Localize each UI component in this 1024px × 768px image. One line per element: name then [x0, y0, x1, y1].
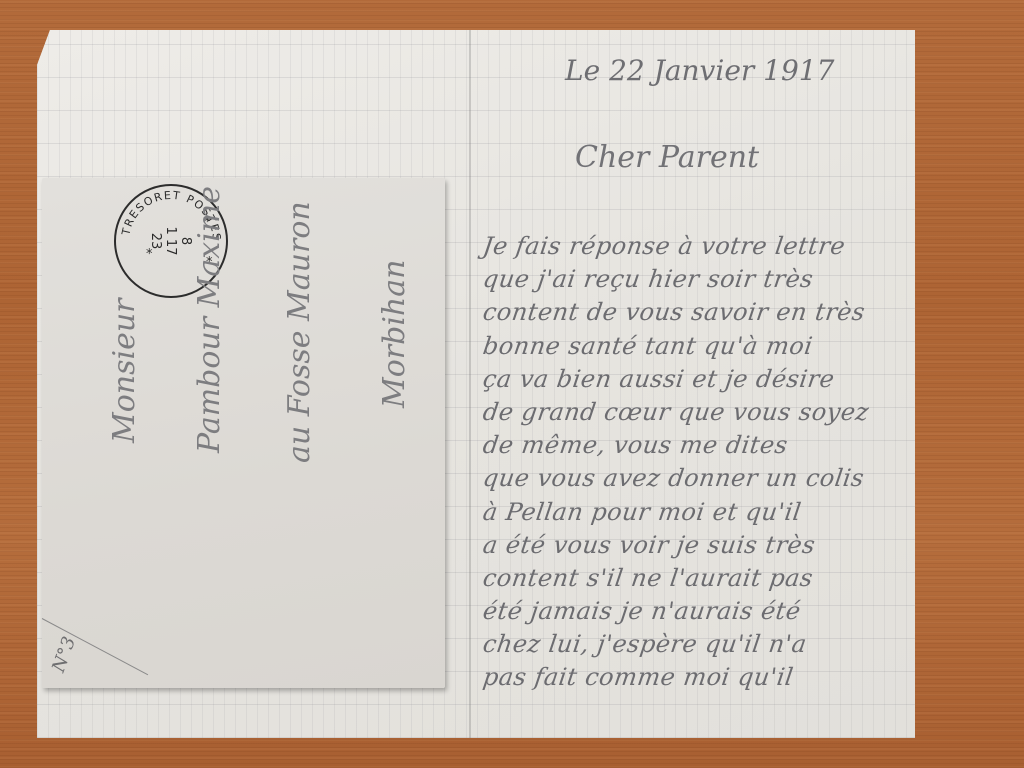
address-line: Morbihan	[377, 260, 412, 408]
envelope: TRESORET POSTES * * * 8 1 17 23 Monsieur…	[42, 178, 445, 688]
letter-line: Je fais réponse à votre lettre	[481, 230, 906, 263]
letter-line: ça va bien aussi et je désire	[481, 363, 906, 396]
letter-line: de grand cœur que vous soyez	[481, 396, 906, 429]
letter-line: de même, vous me dites	[481, 429, 906, 462]
letter-line: chez lui, j'espère qu'il n'a	[481, 628, 906, 661]
letter-line: bonne santé tant qu'à moi	[481, 330, 906, 363]
letter-line: à Pellan pour moi et qu'il	[481, 496, 906, 529]
letter-date: Le 22 Janvier 1917	[565, 54, 834, 87]
letter-line: a été vous voir je suis très	[481, 529, 906, 562]
address-line: au Fosse Mauron	[282, 201, 317, 463]
letter-greeting: Cher Parent	[575, 140, 759, 175]
center-fold	[469, 30, 471, 738]
letter-line: content de vous savoir en très	[481, 296, 906, 329]
letter-line: que j'ai reçu hier soir très	[481, 263, 906, 296]
envelope-address: Monsieur Pambour Maxime au Fosse Mauron …	[42, 178, 445, 688]
address-line: Monsieur	[107, 298, 142, 443]
letter-line: content s'il ne l'aurait pas	[481, 562, 906, 595]
letter-line: été jamais je n'aurais été	[481, 595, 906, 628]
address-line: Pambour Maxime	[192, 186, 227, 453]
letter-body: Je fais réponse à votre lettre que j'ai …	[483, 230, 903, 695]
letter-line: pas fait comme moi qu'il	[481, 661, 906, 694]
letter-line: que vous avez donner un colis	[481, 462, 906, 495]
